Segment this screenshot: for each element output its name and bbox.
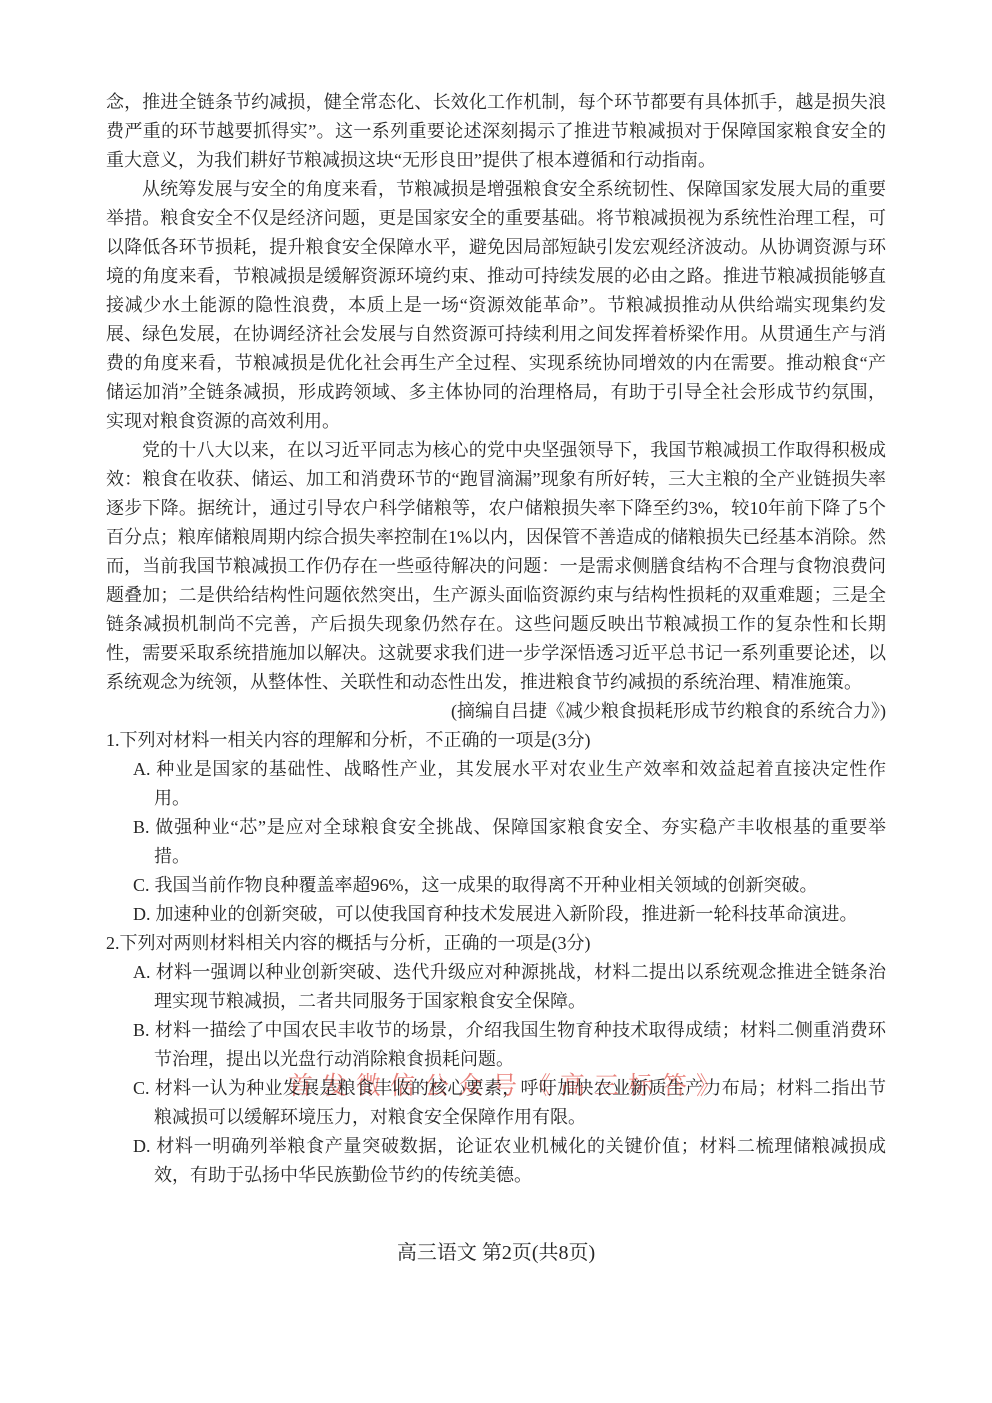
option-label: C. bbox=[133, 875, 150, 895]
question-2: 2.下列对两则材料相关内容的概括与分析，正确的一项是(3分) A.材料一强调以种… bbox=[106, 929, 886, 1190]
material-paragraph-continuation: 念，推进全链条节约减损，健全常态化、长效化工作机制，每个环节都要有具体抓手，越是… bbox=[106, 88, 886, 175]
option-label: A. bbox=[133, 759, 151, 779]
question-2-stem: 2.下列对两则材料相关内容的概括与分析，正确的一项是(3分) bbox=[106, 929, 886, 958]
question-1: 1.下列对材料一相关内容的理解和分析，不正确的一项是(3分) A.种业是国家的基… bbox=[106, 726, 886, 929]
question-1-option-b: B.做强种业“芯”是应对全球粮食安全挑战、保障国家粮食安全、夯实稳产丰收根基的重… bbox=[133, 813, 886, 871]
question-1-option-a: A.种业是国家的基础性、战略性产业，其发展水平对农业生产效率和效益起着直接决定性… bbox=[133, 755, 886, 813]
material-paragraph: 从统筹发展与安全的角度来看，节粮减损是增强粮食安全系统韧性、保障国家发展大局的重… bbox=[106, 175, 886, 436]
option-label: B. bbox=[133, 1020, 150, 1040]
question-2-option-b: B.材料一描绘了中国农民丰收节的场景，介绍我国生物育种技术取得成绩；材料二侧重消… bbox=[133, 1016, 886, 1074]
exam-paper-page: 首发微信公众号《高三标答》 念，推进全链条节约减损，健全常态化、长效化工作机制，… bbox=[0, 0, 992, 1403]
question-2-option-c: C.材料一认为种业发展是粮食丰收的核心要素，呼吁加快农业新质生产力布局；材料二指… bbox=[133, 1074, 886, 1132]
option-text: 材料一强调以种业创新突破、迭代升级应对种源挑战，材料二提出以系统观念推进全链条治… bbox=[154, 962, 886, 1011]
material-paragraph: 党的十八大以来，在以习近平同志为核心的党中央坚强领导下，我国节粮减损工作取得积极… bbox=[106, 436, 886, 697]
question-2-option-d: D.材料一明确列举粮食产量突破数据，论证农业机械化的关键价值；材料二梳理储粮减损… bbox=[133, 1132, 886, 1190]
option-text: 材料一认为种业发展是粮食丰收的核心要素，呼吁加快农业新质生产力布局；材料二指出节… bbox=[154, 1078, 886, 1127]
option-text: 材料一明确列举粮食产量突破数据，论证农业机械化的关键价值；材料二梳理储粮减损成效… bbox=[154, 1136, 886, 1185]
option-text: 做强种业“芯”是应对全球粮食安全挑战、保障国家粮食安全、夯实稳产丰收根基的重要举… bbox=[154, 817, 886, 866]
question-1-option-c: C.我国当前作物良种覆盖率超96%，这一成果的取得离不开种业相关领域的创新突破。 bbox=[133, 871, 886, 900]
option-text: 我国当前作物良种覆盖率超96%，这一成果的取得离不开种业相关领域的创新突破。 bbox=[155, 875, 818, 895]
option-text: 种业是国家的基础性、战略性产业，其发展水平对农业生产效率和效益起着直接决定性作用… bbox=[154, 759, 886, 808]
option-label: D. bbox=[133, 1136, 151, 1156]
option-label: B. bbox=[133, 817, 150, 837]
option-text: 加速种业的创新突破，可以使我国育种技术发展进入新阶段，推进新一轮科技革命演进。 bbox=[156, 904, 858, 924]
option-label: D. bbox=[133, 904, 151, 924]
source-citation: (摘编自吕捷《减少粮食损耗形成节约粮食的系统合力》) bbox=[106, 697, 886, 726]
page-footer: 高三语文 第2页(共8页) bbox=[0, 1236, 992, 1265]
option-label: A. bbox=[133, 962, 151, 982]
option-label: C. bbox=[133, 1078, 150, 1098]
question-1-option-d: D.加速种业的创新突破，可以使我国育种技术发展进入新阶段，推进新一轮科技革命演进… bbox=[133, 900, 886, 929]
option-text: 材料一描绘了中国农民丰收节的场景，介绍我国生物育种技术取得成绩；材料二侧重消费环… bbox=[154, 1020, 886, 1069]
question-2-option-a: A.材料一强调以种业创新突破、迭代升级应对种源挑战，材料二提出以系统观念推进全链… bbox=[133, 958, 886, 1016]
page-content: 念，推进全链条节约减损，健全常态化、长效化工作机制，每个环节都要有具体抓手，越是… bbox=[106, 88, 886, 1190]
question-1-stem: 1.下列对材料一相关内容的理解和分析，不正确的一项是(3分) bbox=[106, 726, 886, 755]
